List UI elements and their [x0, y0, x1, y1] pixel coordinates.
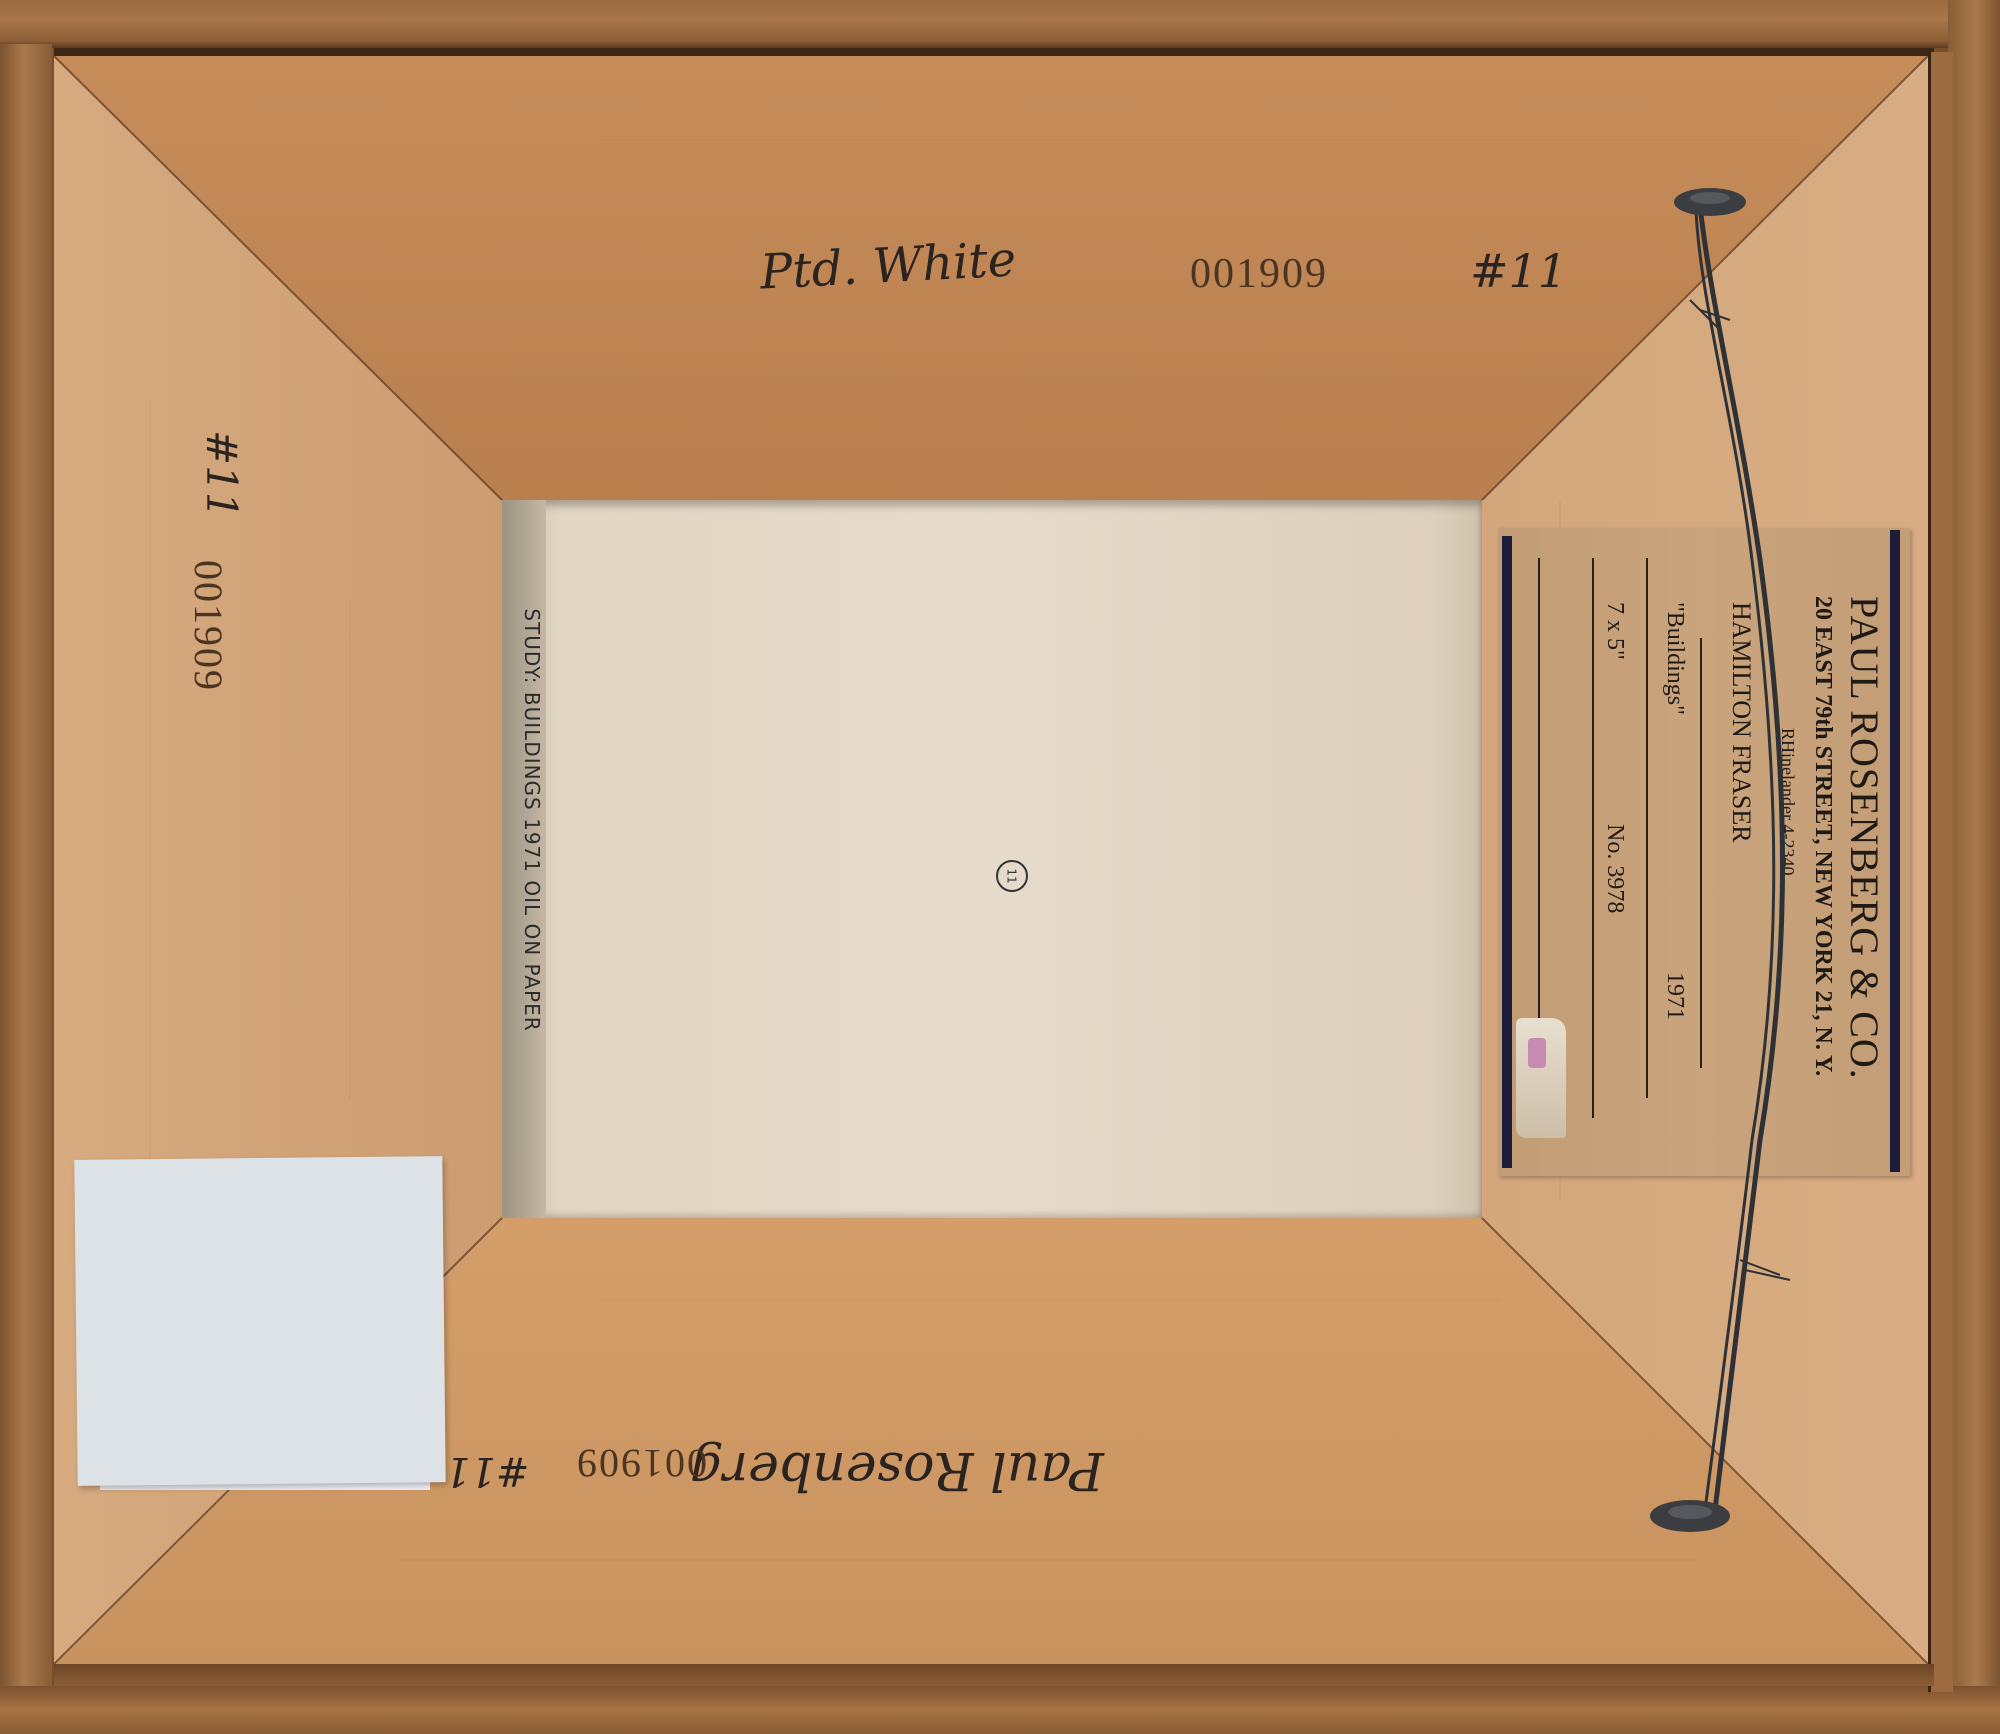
- label-company: PAUL ROSENBERG & CO.: [1841, 596, 1888, 1080]
- label-artist: HAMILTON FRASER: [1726, 602, 1756, 843]
- circled-number-mark: 11: [996, 860, 1028, 892]
- handwritten-paul-rosenberg: Paul Rosenberg: [690, 1440, 1104, 1500]
- stamped-inventory-number-left: 001909: [185, 560, 232, 692]
- handwritten-number-left: #11: [197, 430, 246, 519]
- label-torn-sticker: [1516, 1018, 1566, 1138]
- handwritten-number-top: #11: [1470, 244, 1567, 298]
- artwork-inscription: STUDY: BUILDINGS 1971 OIL ON PAPER: [512, 590, 552, 1050]
- label-number: No. 3978: [1601, 824, 1628, 913]
- label-phone: RHinelander 4-2340: [1777, 728, 1798, 875]
- label-size: 7 x 5": [1601, 602, 1628, 660]
- dealer-label: PAUL ROSENBERG & CO. 20 EAST 79th STREET…: [1498, 528, 1910, 1176]
- label-artwork-title: "Buildings": [1661, 602, 1688, 715]
- label-rule-3: [1592, 558, 1594, 1118]
- handwritten-number-bottom: #11: [445, 1448, 529, 1494]
- artwork-inscription-text: STUDY: BUILDINGS 1971 OIL ON PAPER: [520, 608, 544, 1031]
- label-year: 1971: [1661, 972, 1688, 1020]
- label-rule-2: [1646, 558, 1648, 1098]
- stamped-inventory-number-bottom: 001909: [575, 1440, 707, 1487]
- artwork-back-paper: [502, 500, 1482, 1218]
- label-address: 20 EAST 79th STREET, NEW YORK 21, N. Y.: [1809, 596, 1836, 1076]
- frame-back-scene: STUDY: BUILDINGS 1971 OIL ON PAPER 11 Pt…: [0, 0, 2000, 1734]
- label-rule-1: [1700, 638, 1702, 1068]
- frame-gap-bottom: [54, 1664, 1934, 1686]
- frame-inner-right-strip: [1928, 52, 1953, 1692]
- white-card: [74, 1156, 445, 1486]
- stamped-inventory-number-top: 001909: [1190, 250, 1328, 298]
